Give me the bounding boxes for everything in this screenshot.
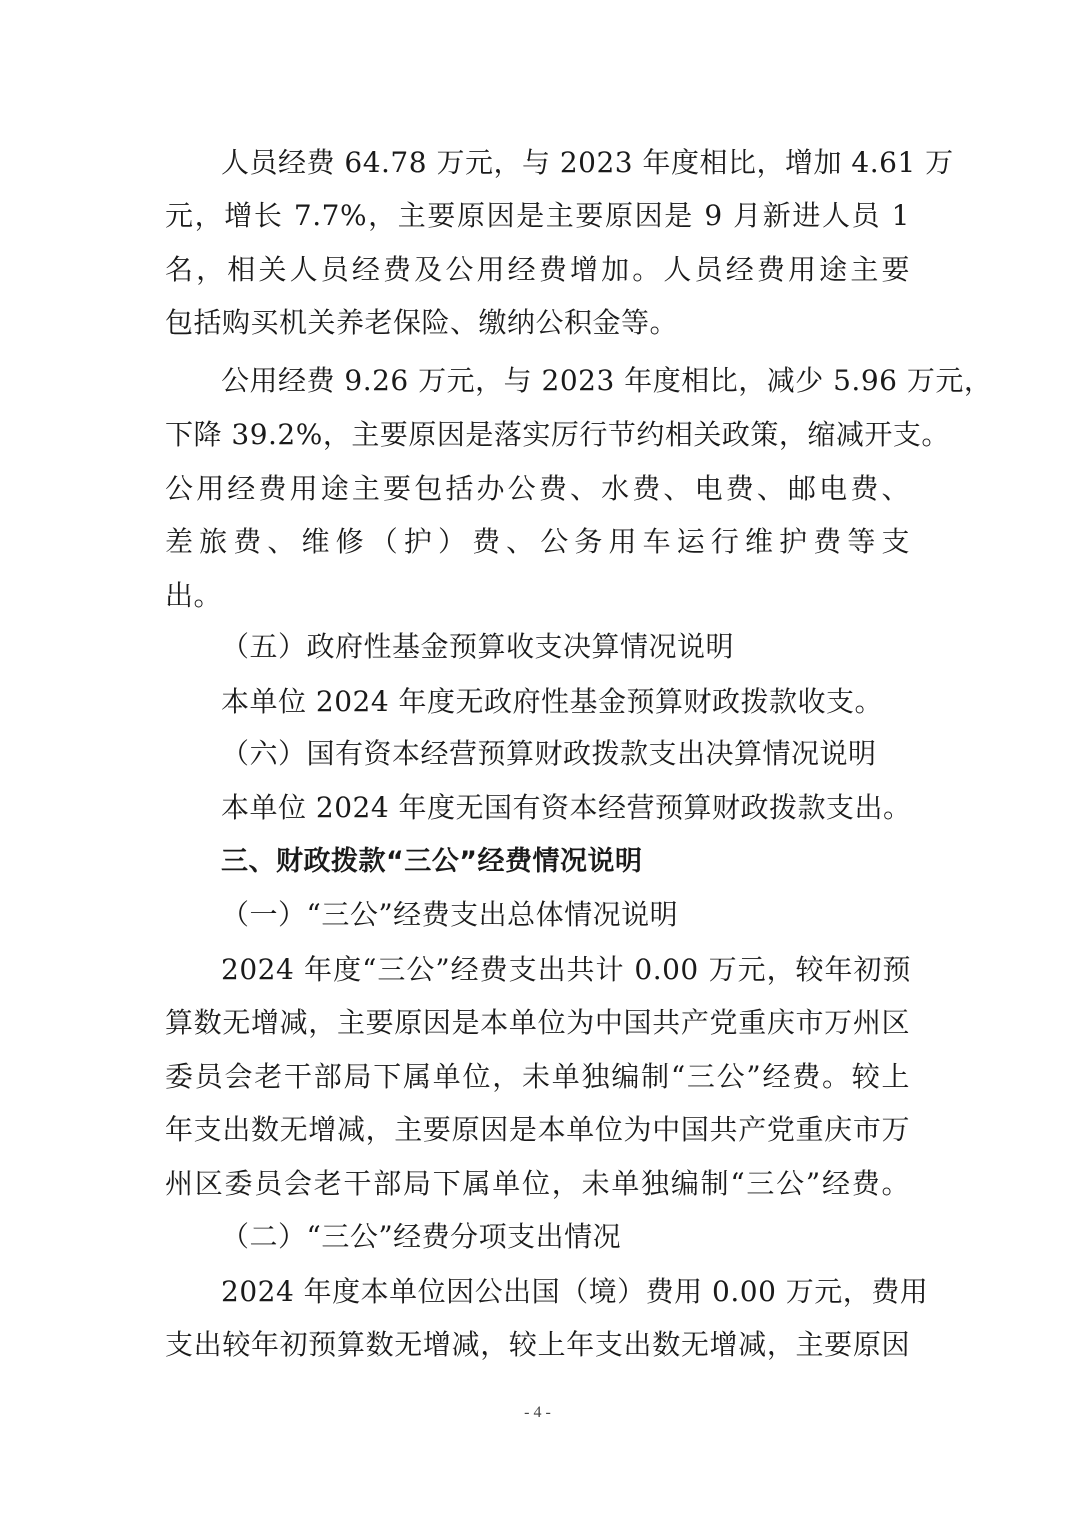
paragraph-line: 本单位 2024 年度无国有资本经营预算财政拨款支出。 bbox=[221, 791, 911, 825]
subsection-heading: （五）政府性基金预算收支决算情况说明 bbox=[221, 630, 911, 664]
subsection-heading: （六）国有资本经营预算财政拨款支出决算情况说明 bbox=[221, 737, 911, 771]
paragraph-line: 人员经费 64.78 万元，与 2023 年度相比，增加 4.61 万 bbox=[221, 146, 911, 180]
paragraph-line: 2024 年度“三公”经费支出共计 0.00 万元，较年初预 bbox=[221, 953, 911, 987]
document-page: 人员经费 64.78 万元，与 2023 年度相比，增加 4.61 万元，增长 … bbox=[0, 0, 1075, 1520]
paragraph-line: 出。 bbox=[165, 579, 910, 613]
paragraph-line: 名，相关人员经费及公用经费增加。人员经费用途主要 bbox=[165, 253, 910, 287]
paragraph-line: 包括购买机关养老保险、缴纳公积金等。 bbox=[165, 306, 910, 340]
paragraph-line: 公用经费 9.26 万元，与 2023 年度相比，减少 5.96 万元， bbox=[221, 364, 911, 398]
paragraph-line: 支出较年初预算数无增减，较上年支出数无增减，主要原因 bbox=[165, 1328, 910, 1362]
paragraph-line: 委员会老干部局下属单位，未单独编制“三公”经费。较上 bbox=[165, 1060, 910, 1094]
paragraph-line: 差旅费、维修（护）费、公务用车运行维护费等支 bbox=[165, 525, 910, 559]
paragraph-line: 下降 39.2%，主要原因是落实厉行节约相关政策，缩减开支。 bbox=[165, 418, 910, 452]
paragraph-line: 元，增长 7.7%，主要原因是主要原因是 9 月新进人员 1 bbox=[165, 199, 910, 233]
section-heading: 三、财政拨款“三公”经费情况说明 bbox=[221, 845, 911, 879]
subsection-heading: （二）“三公”经费分项支出情况 bbox=[221, 1220, 911, 1254]
paragraph-line: 算数无增减，主要原因是本单位为中国共产党重庆市万州区 bbox=[165, 1006, 910, 1040]
subsection-heading: （一）“三公”经费支出总体情况说明 bbox=[221, 898, 911, 932]
paragraph-line: 公用经费用途主要包括办公费、水费、电费、邮电费、 bbox=[165, 472, 910, 506]
page-number: - 4 - bbox=[0, 1404, 1075, 1422]
paragraph-line: 本单位 2024 年度无政府性基金预算财政拨款收支。 bbox=[221, 685, 911, 719]
paragraph-line: 州区委员会老干部局下属单位，未单独编制“三公”经费。 bbox=[165, 1167, 910, 1201]
paragraph-line: 2024 年度本单位因公出国（境）费用 0.00 万元，费用 bbox=[221, 1275, 911, 1309]
paragraph-line: 年支出数无增减，主要原因是本单位为中国共产党重庆市万 bbox=[165, 1113, 910, 1147]
